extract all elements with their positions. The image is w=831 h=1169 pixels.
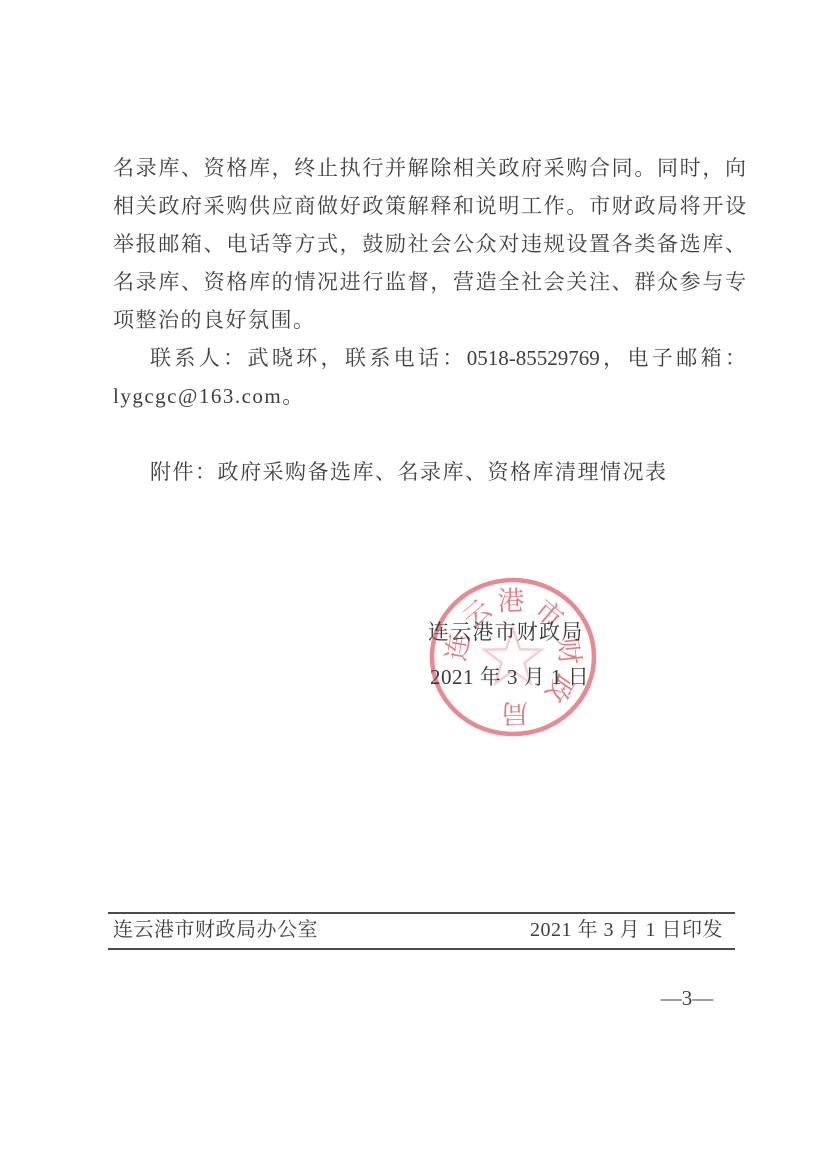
- contact-paragraph: 联系人：武晓环，联系电话：0518-85529769，电子邮箱： lygcgc@…: [113, 339, 746, 415]
- seal-char: 港: [497, 586, 525, 617]
- footer-rule-top: [108, 912, 735, 914]
- footer-issuing-office: 连云港市财政局办公室: [113, 915, 318, 946]
- footer-print-date: 2021 年 3 月 1 日印发: [530, 915, 723, 946]
- official-seal: 连 云 港 市 财 政 局: [413, 557, 613, 757]
- footer-rule-bottom: [108, 948, 735, 950]
- paragraph-line: 举报邮箱、电话等方式，鼓励社会公众对违规设置各类备选库、: [113, 225, 746, 263]
- paragraph-line: 相关政府采购供应商做好政策解释和说明工作。市财政局将开设: [113, 187, 746, 225]
- contact-email-line: lygcgc@163.com。: [113, 377, 746, 415]
- attachment-text: 附件：政府采购备选库、名录库、资格库清理情况表: [113, 453, 746, 491]
- document-page: 名录库、资格库，终止执行并解除相关政府采购合同。同时，向 相关政府采购供应商做好…: [0, 0, 831, 1169]
- body-paragraph: 名录库、资格库，终止执行并解除相关政府采购合同。同时，向 相关政府采购供应商做好…: [113, 149, 746, 339]
- seal-char: 局: [501, 698, 529, 729]
- paragraph-line: 名录库、资格库的情况进行监督，营造全社会关注、群众参与专: [113, 263, 746, 301]
- signature-date: 2021 年 3 月 1 日: [430, 658, 589, 696]
- footer-row: 连云港市财政局办公室 2021 年 3 月 1 日印发: [113, 915, 723, 946]
- contact-line: 联系人：武晓环，联系电话：0518-85529769，电子邮箱：: [113, 339, 746, 377]
- signature-org: 连云港市财政局: [428, 613, 583, 651]
- paragraph-line: 名录库、资格库，终止执行并解除相关政府采购合同。同时，向: [113, 149, 746, 187]
- page-number: —3—: [637, 984, 737, 1012]
- attachment-line: 附件：政府采购备选库、名录库、资格库清理情况表: [113, 453, 746, 491]
- paragraph-line: 项整治的良好氛围。: [113, 301, 746, 339]
